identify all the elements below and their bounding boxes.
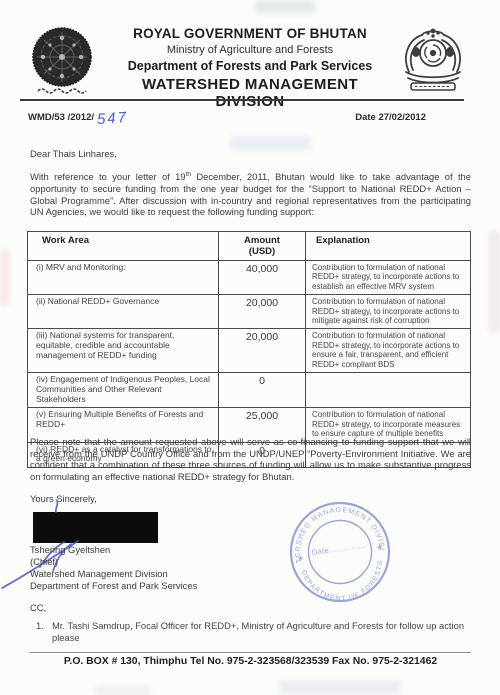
division-stamp: WATERSHED MANAGEMENT DIVISION DEPARTMENT… xyxy=(279,491,401,613)
ministry-title: Ministry of Agriculture and Forests xyxy=(108,44,392,56)
header-rule xyxy=(20,99,464,101)
col-header-explanation: Explanation xyxy=(306,232,471,261)
signatory-block: Tshering Gyeltshen (Chief) Watershed Man… xyxy=(30,544,197,592)
department-title: Department of Forests and Park Services xyxy=(108,59,392,73)
signatory-name: Tshering Gyeltshen xyxy=(30,544,197,556)
reference-number-handwritten: 547 xyxy=(96,109,128,128)
amount-cell: 40,000 xyxy=(219,261,306,295)
scan-smudge xyxy=(280,680,400,695)
table-row: (i) MRV and Monitoring: 40,000 Contribut… xyxy=(28,261,471,295)
cc-list-item: 1. Mr. Tashi Samdrup, Focal Officer for … xyxy=(52,620,472,643)
table-row: (iii) National systems for transparent, … xyxy=(28,329,471,373)
explanation-cell: Contribution to formulation of national … xyxy=(306,329,471,373)
table-row: (iv) Engagement of Indigenous Peoples, L… xyxy=(28,373,471,408)
crown-logo-icon xyxy=(398,22,468,96)
stamp-star-right: ★ xyxy=(376,543,383,552)
cc-item-number: 1. xyxy=(36,620,44,632)
table-header-row: Work Area Amount (USD) Explanation xyxy=(28,232,471,261)
signatory-division: Watershed Management Division xyxy=(30,568,197,580)
letterhead: ROYAL GOVERNMENT OF BHUTAN Ministry of A… xyxy=(108,26,392,110)
col-header-work-area: Work Area xyxy=(28,232,219,261)
work-area-cell: (i) MRV and Monitoring: xyxy=(28,261,219,295)
col-header-amount: Amount (USD) xyxy=(219,232,306,261)
explanation-cell xyxy=(306,373,471,408)
paragraph-cofinancing: Please note that the amount requested ab… xyxy=(30,436,471,483)
division-title: WATERSHED MANAGEMENT DIVISION xyxy=(108,76,392,110)
signatory-title: (Chief) xyxy=(30,556,197,568)
stamp-star-left: ★ xyxy=(297,554,304,563)
explanation-cell: Contribution to formulation of national … xyxy=(306,261,471,295)
paragraph-intro-part1: With reference to your letter of 19 xyxy=(30,171,186,182)
amount-cell: 0 xyxy=(219,373,306,408)
letter-page: ROYAL GOVERNMENT OF BHUTAN Ministry of A… xyxy=(0,0,500,695)
signatory-department: Department of Forest and Park Services xyxy=(30,580,197,592)
amount-cell: 20,000 xyxy=(219,295,306,329)
valediction: Yours Sincerely, xyxy=(30,493,471,505)
signature-redaction-block xyxy=(33,512,158,543)
amount-cell: 20,000 xyxy=(219,329,306,373)
paragraph-intro: With reference to your letter of 19th De… xyxy=(30,169,471,218)
reference-row: WMD/53 /2012/547 Date 27/02/2012 xyxy=(28,110,472,127)
scan-smudge xyxy=(95,686,150,695)
cc-label: CC, xyxy=(30,602,46,613)
scan-smudge xyxy=(0,250,9,305)
work-area-cell: (iii) National systems for transparent, … xyxy=(28,329,219,373)
work-area-cell: (ii) National REDD+ Governance xyxy=(28,295,219,329)
work-area-cell: (iv) Engagement of Indigenous Peoples, L… xyxy=(28,373,219,408)
government-title: ROYAL GOVERNMENT OF BHUTAN xyxy=(108,26,392,41)
footer-contact: P.O. BOX # 130, Thimphu Tel No. 975-2-32… xyxy=(30,656,471,667)
scan-smudge xyxy=(489,232,500,332)
reference-number: WMD/53 /2012/ xyxy=(28,112,94,123)
stamp-date-label: Date............... xyxy=(311,540,366,557)
bhutan-seal-icon xyxy=(30,24,94,100)
funding-table: Work Area Amount (USD) Explanation (i) M… xyxy=(27,231,471,468)
salutation: Dear Thais Linhares, xyxy=(30,148,471,160)
cc-item-text: Mr. Tashi Samdrup, Focal Officer for RED… xyxy=(52,620,464,643)
scan-smudge xyxy=(255,0,315,13)
table-row: (ii) National REDD+ Governance 20,000 Co… xyxy=(28,295,471,329)
letter-date: Date 27/02/2012 xyxy=(355,112,426,123)
footer-rule xyxy=(30,652,471,653)
explanation-cell: Contribution to formulation of national … xyxy=(306,295,471,329)
